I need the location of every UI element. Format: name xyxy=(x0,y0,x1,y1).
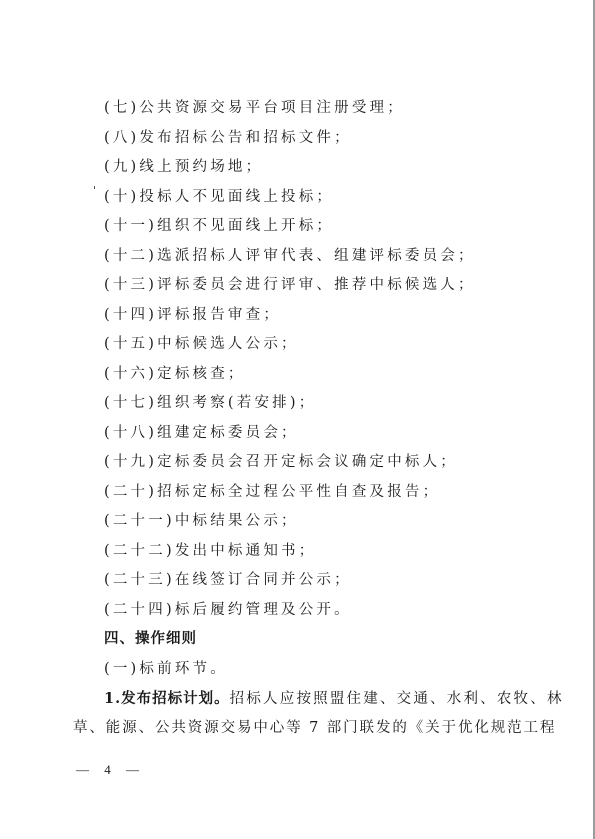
page-number: — 4 — xyxy=(76,762,145,778)
list-item: (十九)定标委员会召开定标会议确定中标人； xyxy=(104,452,458,472)
section-heading: 四、操作细则 xyxy=(104,629,197,649)
list-item: (九)线上预约场地； xyxy=(104,157,263,177)
list-item: (十)投标人不见面线上投标； xyxy=(104,187,334,207)
list-item: (八)发布招标公告和招标文件； xyxy=(104,128,352,148)
subsection-heading: (一)标前环节。 xyxy=(104,659,228,679)
paragraph-lead: 1.发布招标计划。 xyxy=(104,690,230,707)
list-item: (十一)组织不见面线上开标； xyxy=(104,216,334,236)
paragraph-line-1: 1.发布招标计划。招标人应按照盟住建、交通、水利、农牧、林 xyxy=(104,689,564,709)
list-item: (二十三)在线签订合同并公示； xyxy=(104,570,352,590)
list-item: (十八)组建定标委员会； xyxy=(104,423,299,443)
list-item: (二十)招标定标全过程公平性自查及报告； xyxy=(104,482,440,502)
list-item: (二十一)中标结果公示； xyxy=(104,511,299,531)
list-item: (二十二)发出中标通知书； xyxy=(104,541,316,561)
list-item: (十三)评标委员会进行评审、推荐中标候选人； xyxy=(104,275,476,295)
list-item: (二十四)标后履约管理及公开。 xyxy=(104,600,352,620)
list-item: (十五)中标候选人公示； xyxy=(104,334,299,354)
list-item: (七)公共资源交易平台项目注册受理； xyxy=(104,98,405,118)
paragraph-line-2: 草、能源、公共资源交易中心等 7 部门联发的《关于优化规范工程 xyxy=(73,718,556,738)
scan-artifact xyxy=(94,186,95,189)
list-item: (十六)定标核查； xyxy=(104,364,246,384)
paragraph-text: 招标人应按照盟住建、交通、水利、农牧、林 xyxy=(230,691,564,707)
list-item: (十四)评标报告审查； xyxy=(104,305,281,325)
list-item: (十二)选派招标人评审代表、组建评标委员会； xyxy=(104,246,476,266)
document-page: (七)公共资源交易平台项目注册受理； (八)发布招标公告和招标文件； (九)线上… xyxy=(0,0,593,839)
list-item: (十七)组织考察(若安排)； xyxy=(104,393,316,413)
